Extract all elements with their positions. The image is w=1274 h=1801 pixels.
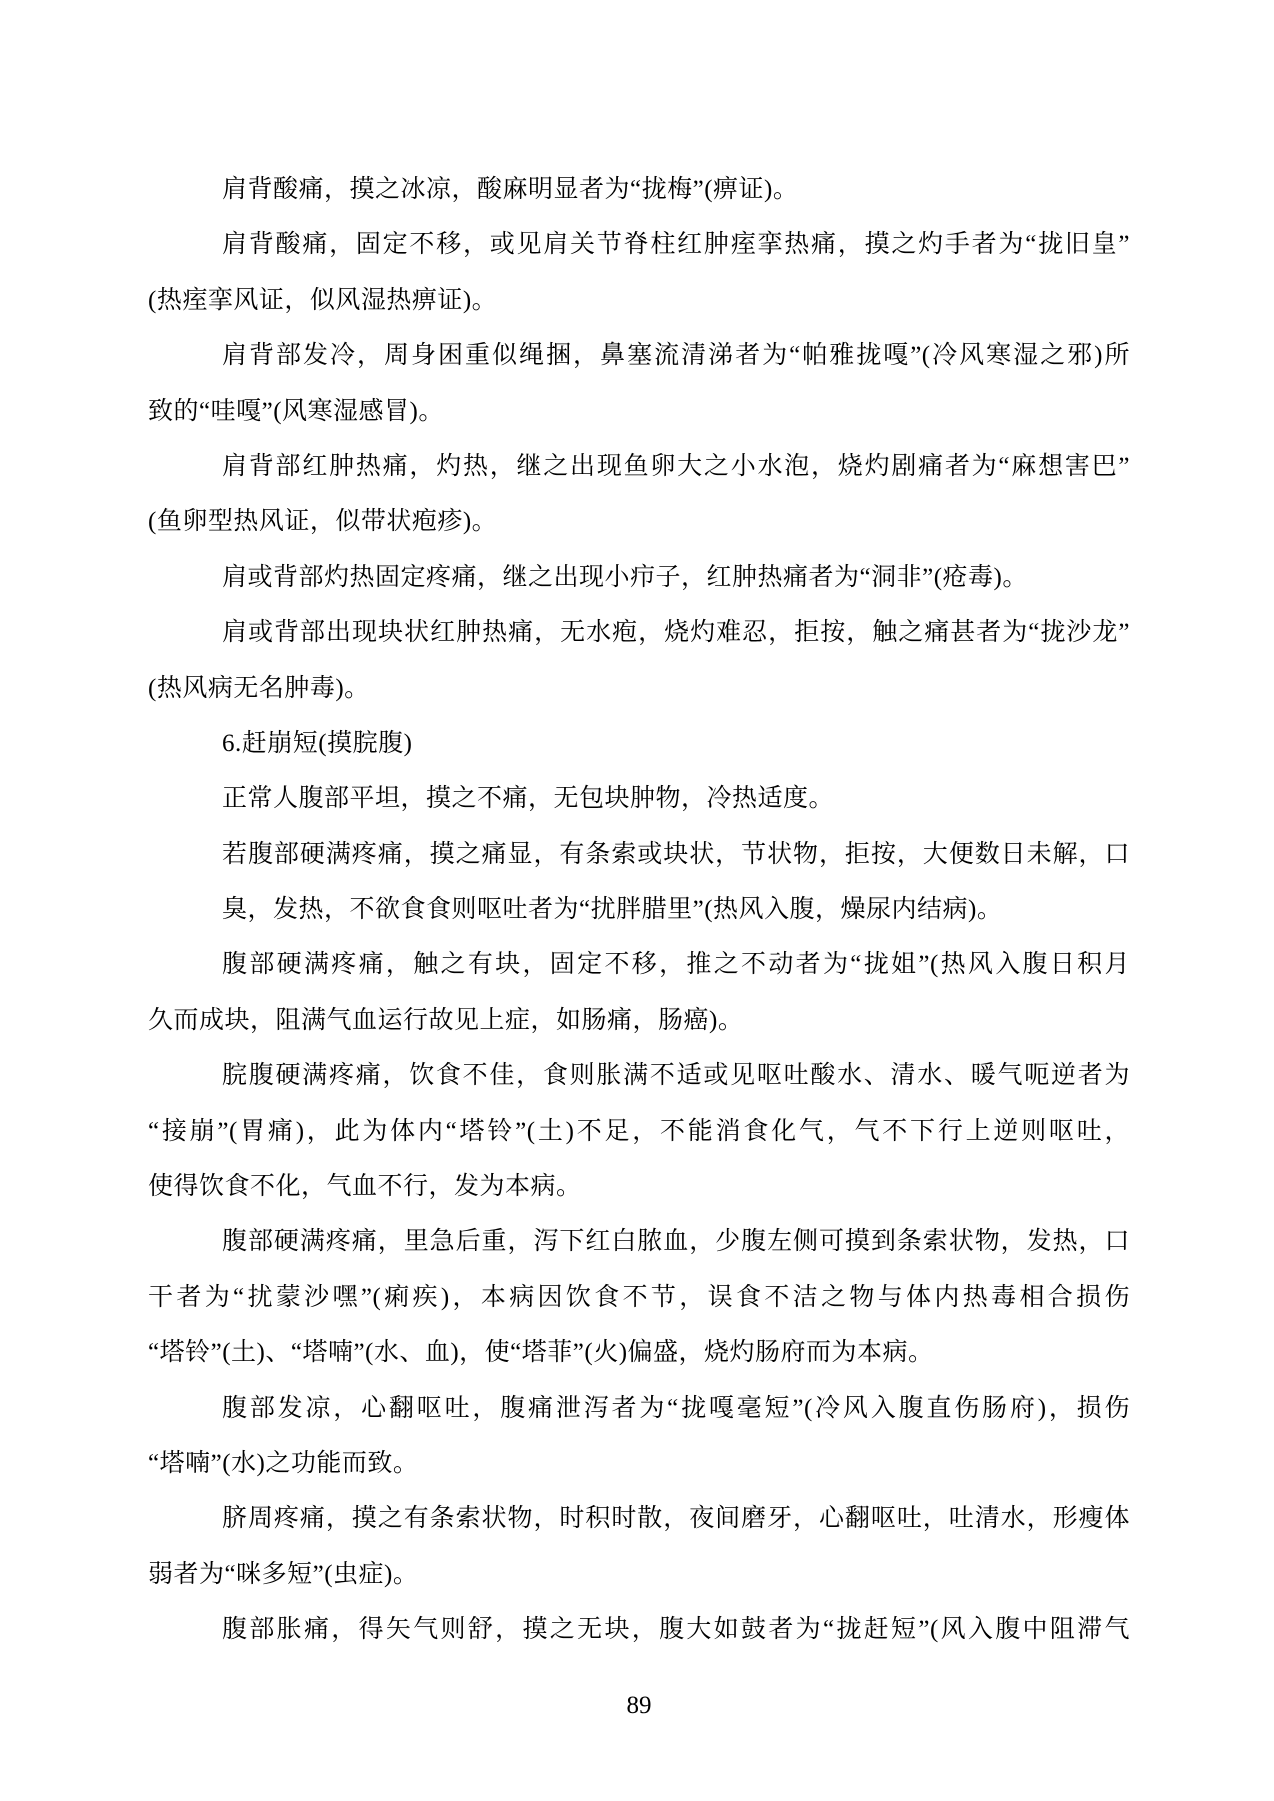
text-line: 若腹部硬满疼痛，摸之痛显，有条索或块状，节状物，拒按，大便数日未解，口 <box>148 827 1130 882</box>
text-line: 脘腹硬满疼痛，饮食不佳，食则胀满不适或见呕吐酸水、清水、暖气呃逆者为 <box>148 1048 1130 1103</box>
text-line: 正常人腹部平坦，摸之不痛，无包块肿物，冷热适度。 <box>148 771 1130 826</box>
text-line: “塔铃”(土)、“塔喃”(水、血)，使“塔菲”(火)偏盛，烧灼肠府而为本病。 <box>148 1325 1130 1380</box>
text-line: 6.赶崩短(摸脘腹) <box>148 716 1130 771</box>
text-line: 肩背酸痛，摸之冰凉，酸麻明显者为“拢梅”(痹证)。 <box>148 162 1130 217</box>
text-line: 致的“哇嘎”(风寒湿感冒)。 <box>148 384 1130 439</box>
text-line: 久而成块，阻满气血运行故见上症，如肠痛，肠癌)。 <box>148 993 1130 1048</box>
text-line: “接崩”(胃痛)，此为体内“塔铃”(土)不足，不能消食化气，气不下行上逆则呕吐， <box>148 1104 1130 1159</box>
text-line: 弱者为“咪多短”(虫症)。 <box>148 1547 1130 1602</box>
text-line: 肩或背部灼热固定疼痛，继之出现小疖子，红肿热痛者为“洞非”(疮毒)。 <box>148 550 1130 605</box>
document-page: 肩背酸痛，摸之冰凉，酸麻明显者为“拢梅”(痹证)。肩背酸痛，固定不移，或见肩关节… <box>0 0 1274 1801</box>
text-line: “塔喃”(水)之功能而致。 <box>148 1436 1130 1491</box>
text-line: 腹部硬满疼痛，里急后重，泻下红白脓血，少腹左侧可摸到条索状物，发热，口 <box>148 1214 1130 1269</box>
text-block: 肩背酸痛，摸之冰凉，酸麻明显者为“拢梅”(痹证)。肩背酸痛，固定不移，或见肩关节… <box>148 162 1130 1658</box>
text-line: 腹部硬满疼痛，触之有块，固定不移，推之不动者为“拢姐”(热风入腹日积月 <box>148 937 1130 992</box>
text-line: 肩背部红肿热痛，灼热，继之出现鱼卵大之小水泡，烧灼剧痛者为“麻想害巴” <box>148 439 1130 494</box>
text-line: 臭，发热，不欲食食则呕吐者为“扰胖腊里”(热风入腹，燥尿内结病)。 <box>148 882 1130 937</box>
text-line: 肩或背部出现块状红肿热痛，无水疱，烧灼难忍，拒按，触之痛甚者为“拢沙龙” <box>148 605 1130 660</box>
text-line: 脐周疼痛，摸之有条索状物，时积时散，夜间磨牙，心翻呕吐，吐清水，形瘦体 <box>148 1491 1130 1546</box>
page-number: 89 <box>148 1692 1130 1720</box>
text-line: (热风病无名肿毒)。 <box>148 661 1130 716</box>
text-line: 干者为“扰蒙沙嘿”(痢疾)，本病因饮食不节，误食不洁之物与体内热毒相合损伤 <box>148 1270 1130 1325</box>
text-line: 使得饮食不化，气血不行，发为本病。 <box>148 1159 1130 1214</box>
text-line: 肩背酸痛，固定不移，或见肩关节脊柱红肿痓挛热痛，摸之灼手者为“拢旧皇” <box>148 217 1130 272</box>
text-line: (鱼卵型热风证，似带状疱疹)。 <box>148 494 1130 549</box>
text-line: 腹部发凉，心翻呕吐，腹痛泄泻者为“拢嘎毫短”(冷风入腹直伤肠府)，损伤 <box>148 1381 1130 1436</box>
text-line: (热痓挛风证，似风湿热痹证)。 <box>148 273 1130 328</box>
text-line: 肩背部发冷，周身困重似绳捆，鼻塞流清涕者为“帕雅拢嘎”(冷风寒湿之邪)所 <box>148 328 1130 383</box>
text-line: 腹部胀痛，得矢气则舒，摸之无块，腹大如鼓者为“拢赶短”(风入腹中阻滞气 <box>148 1602 1130 1657</box>
